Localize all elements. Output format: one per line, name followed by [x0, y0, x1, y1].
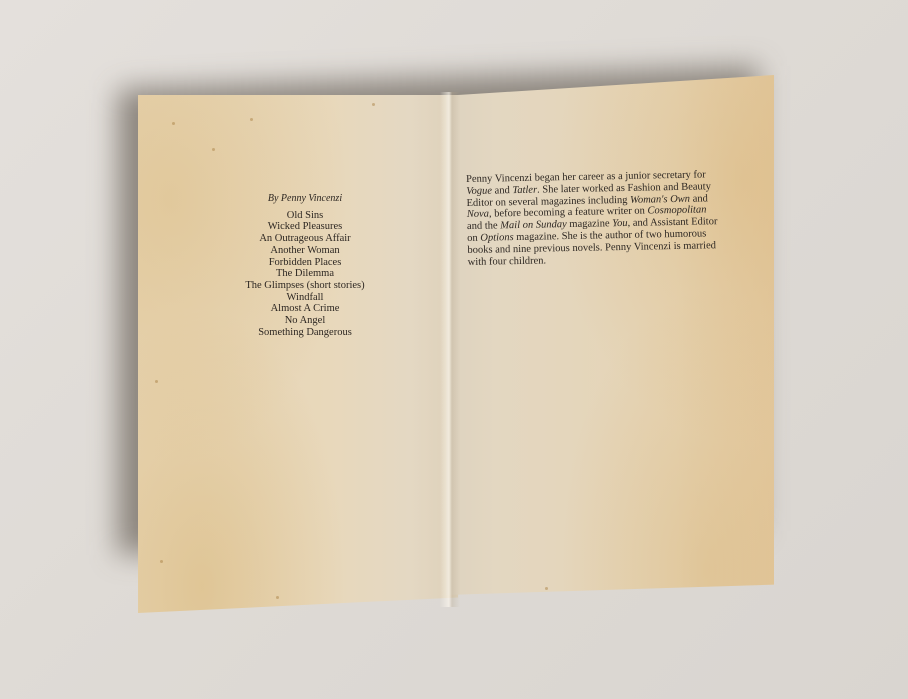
paper-speck: [545, 587, 548, 590]
paper-speck: [155, 380, 158, 383]
book-title: The Glimpses (short stories): [230, 280, 380, 292]
book-gutter: [440, 92, 460, 607]
book-title: Something Dangerous: [230, 327, 380, 339]
book-title: No Angel: [230, 315, 380, 327]
author-bio: Penny Vincenzi began her career as a jun…: [466, 169, 750, 269]
also-by-author-list: By Penny Vincenzi Old Sins Wicked Pleasu…: [230, 193, 380, 338]
right-page: [446, 75, 774, 595]
book-title: Windfall: [230, 292, 380, 304]
paper-speck: [372, 103, 375, 106]
paper-speck: [160, 560, 163, 563]
paper-speck: [250, 118, 253, 121]
book-title: An Outrageous Affair: [230, 233, 380, 245]
book-title: Forbidden Places: [230, 257, 380, 269]
book-title: Another Woman: [230, 245, 380, 257]
paper-speck: [276, 596, 279, 599]
book-title: Old Sins: [230, 210, 380, 222]
book-title: Wicked Pleasures: [230, 221, 380, 233]
book-title: Almost A Crime: [230, 303, 380, 315]
byline: By Penny Vincenzi: [230, 193, 380, 205]
paper-speck: [172, 122, 175, 125]
left-page: [138, 95, 458, 613]
paper-speck: [212, 148, 215, 151]
book-title: The Dilemma: [230, 268, 380, 280]
